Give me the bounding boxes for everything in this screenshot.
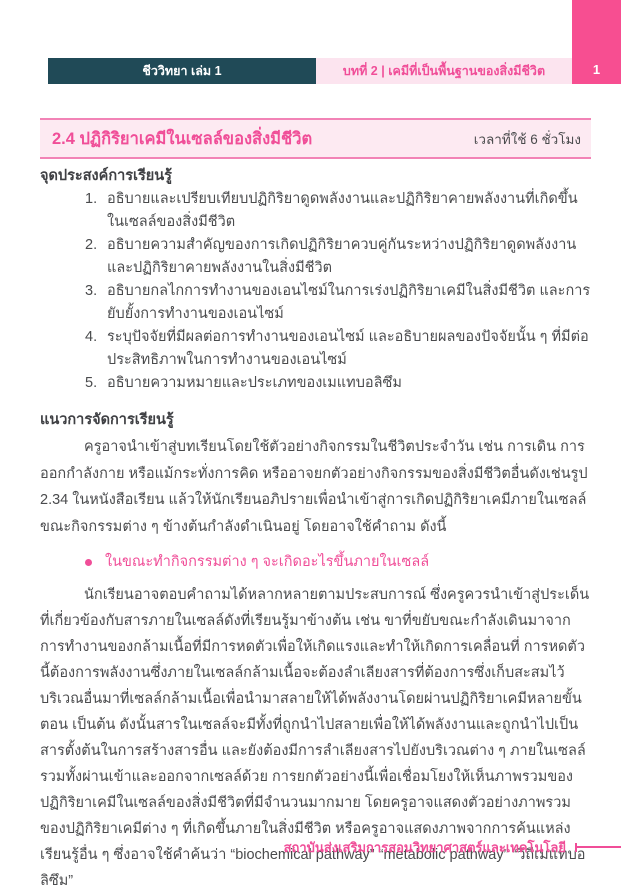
footer-rule-line [577,846,621,848]
header-chapter-title: บทที่ 2 | เคมีที่เป็นพื้นฐานของสิ่งมีชีว… [316,58,572,84]
list-item: 2. อธิบายความสำคัญของการเกิดปฏิกิริยาควบ… [85,234,591,280]
page-footer: สถาบันส่งเสริมการสอนวิทยาศาสตร์และเทคโนโ… [0,838,621,856]
header-band: ชีววิทยา เล่ม 1 บทที่ 2 | เคมีที่เป็นพื้… [48,58,572,84]
list-item-text: ระบุปัจจัยที่มีผลต่อการทำงานของเอนไซม์ แ… [107,326,591,372]
list-item-text: อธิบายกลไกการทำงานของเอนไซม์ในการเร่งปฏิ… [107,280,591,326]
bullet-icon [85,559,92,566]
guidelines-heading: แนวการจัดการเรียนรู้ [40,408,591,432]
question-text: ในขณะทำกิจกรรมต่าง ๆ จะเกิดอะไรขึ้นภายใน… [105,549,429,575]
question-bullet-row: ในขณะทำกิจกรรมต่าง ๆ จะเกิดอะไรขึ้นภายใน… [85,549,591,575]
list-item-number: 5. [85,372,107,395]
page-content: จุดประสงค์การเรียนรู้ 1. อธิบายและเปรียบ… [40,164,591,887]
list-item-number: 1. [85,188,107,234]
footer-institute: สถาบันส่งเสริมการสอนวิทยาศาสตร์และเทคโนโ… [284,837,566,858]
section-duration: เวลาที่ใช้ 6 ชั่วโมง [474,128,581,150]
page-number-tab: 1 [572,0,621,84]
guidelines-paragraph-1: ครูอาจนำเข้าสู่บทเรียนโดยใช้ตัวอย่างกิจก… [40,434,591,540]
list-item-text: อธิบายความสำคัญของการเกิดปฏิกิริยาควบคู่… [107,234,591,280]
list-item-text: อธิบายและเปรียบเทียบปฏิกิริยาดูดพลังงานแ… [107,188,591,234]
list-item: 5. อธิบายความหมายและประเภทของเมแทบอลิซึม [85,372,591,395]
list-item-text: อธิบายความหมายและประเภทของเมแทบอลิซึม [107,372,591,395]
objectives-heading: จุดประสงค์การเรียนรู้ [40,164,591,188]
header-book-title: ชีววิทยา เล่ม 1 [48,58,316,84]
list-item-number: 3. [85,280,107,326]
list-item: 4. ระบุปัจจัยที่มีผลต่อการทำงานของเอนไซม… [85,326,591,372]
list-item: 3. อธิบายกลไกการทำงานของเอนไซม์ในการเร่ง… [85,280,591,326]
list-item-number: 2. [85,234,107,280]
objectives-list: 1. อธิบายและเปรียบเทียบปฏิกิริยาดูดพลังง… [85,188,591,395]
footer-rule [575,843,621,852]
list-item: 1. อธิบายและเปรียบเทียบปฏิกิริยาดูดพลังง… [85,188,591,234]
textbook-page: 1 ชีววิทยา เล่ม 1 บทที่ 2 | เคมีที่เป็นพ… [0,0,621,887]
section-title: 2.4 ปฏิกิริยาเคมีในเซลล์ของสิ่งมีชีวิต [52,126,312,152]
section-title-bar: 2.4 ปฏิกิริยาเคมีในเซลล์ของสิ่งมีชีวิต เ… [40,118,591,159]
list-item-number: 4. [85,326,107,372]
page-number: 1 [593,62,600,77]
